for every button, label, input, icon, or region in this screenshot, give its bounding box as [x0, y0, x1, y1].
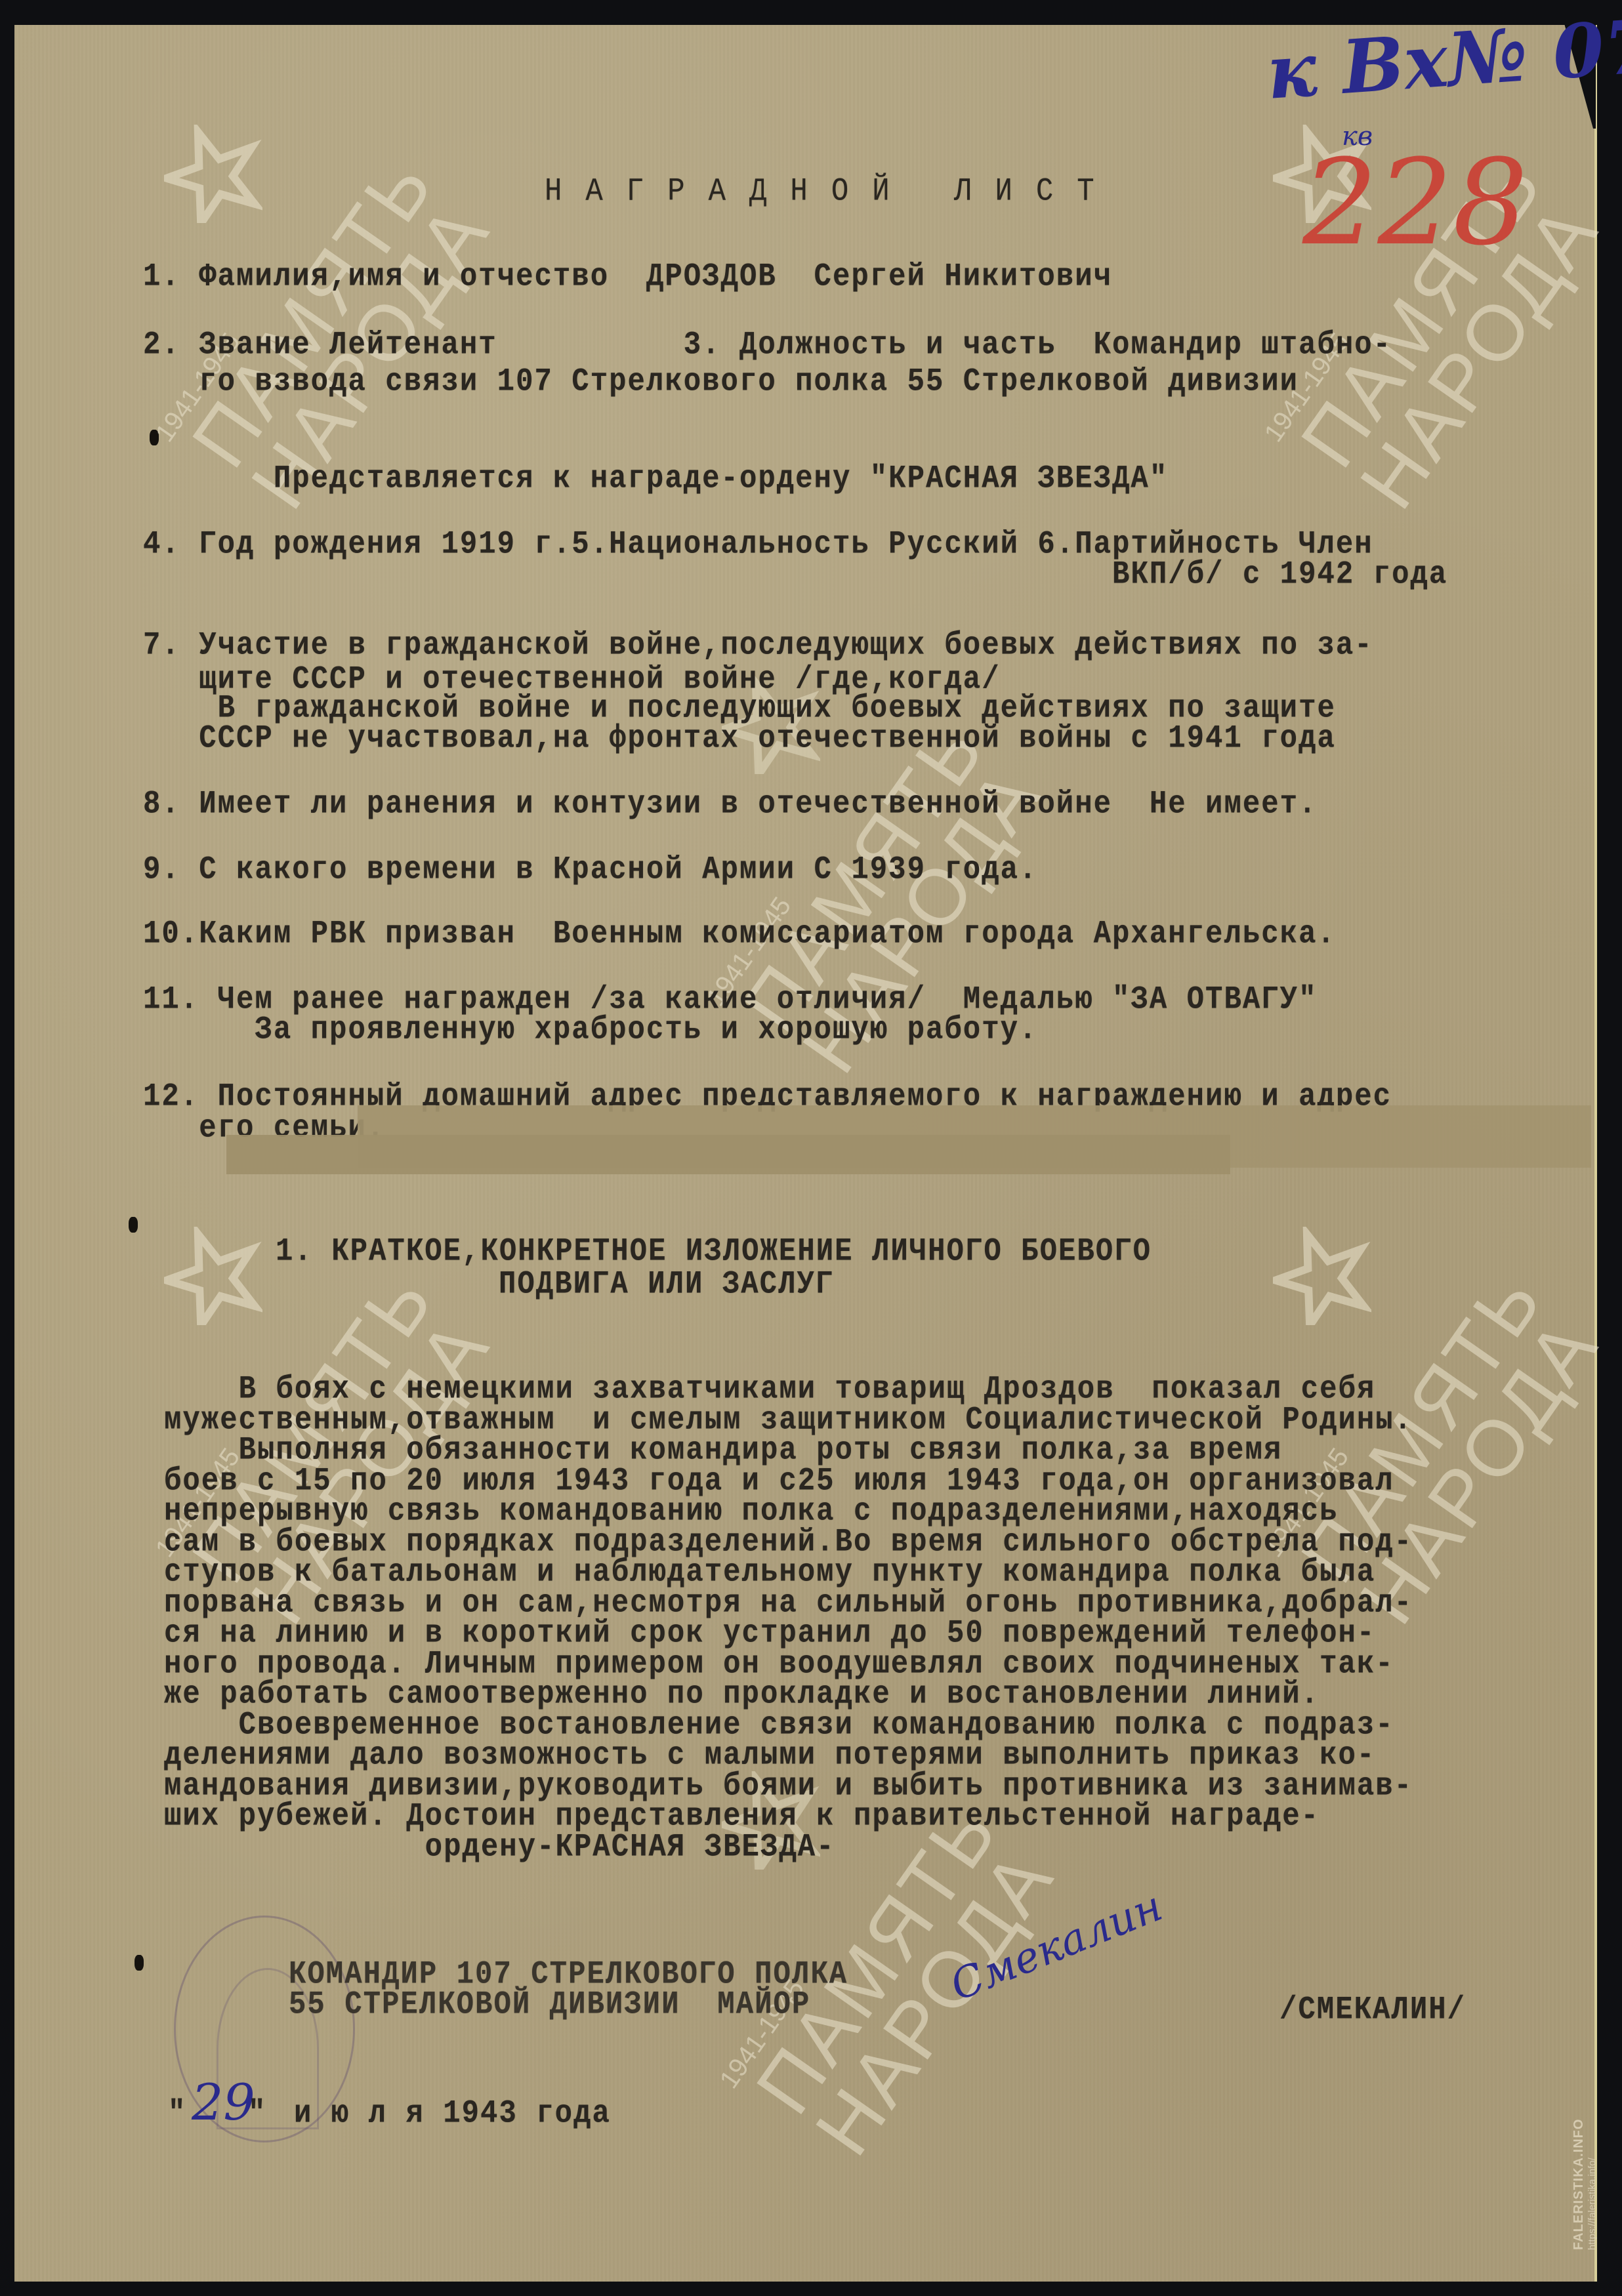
- section-heading-cont: ПОДВИГА ИЛИ ЗАСЛУГ: [499, 1265, 834, 1304]
- binding-hole: [135, 1955, 144, 1971]
- binding-hole: [129, 1217, 138, 1233]
- date-quote-close: ": [248, 2094, 266, 2133]
- field-previous-awards-reason: За проявленную храбрость и хорошую работ…: [143, 1010, 1037, 1050]
- signatory-name: /СМЕКАЛИН/: [1279, 1990, 1466, 2030]
- date-quote-open: ": [168, 2094, 186, 2133]
- binding-hole: [150, 430, 159, 445]
- signatory-title-cont: 55 СТРЕЛКОВОЙ ДИВИЗИИ МАЙОР: [289, 1985, 810, 2024]
- award-nomination: Представляется к награде-ордену "КРАСНАЯ…: [143, 459, 1168, 499]
- handwritten-date-day: 29: [192, 2073, 255, 2131]
- redacted-address: [226, 1135, 1230, 1174]
- field-name: 1. Фамилия,имя и отчество ДРОЗДОВ Сергей…: [143, 257, 1112, 297]
- field-wounds: 8. Имеет ли ранения и контузии в отечест…: [143, 785, 1317, 824]
- field-party-cont: ВКП/б/ с 1942 года: [143, 555, 1447, 594]
- field-rank-position: 2. Звание Лейтенант 3. Должность и часть…: [143, 325, 1392, 365]
- document-title: НАГРАДНОЙ ЛИСТ: [545, 172, 1118, 211]
- field-service-since: 9. С какого времени в Красной Армии С 19…: [143, 850, 1037, 890]
- faleristika-watermark: FALERISTIKA.INFO https://faleristika.inf…: [1571, 2119, 1598, 2250]
- narrative-line: ордену-КРАСНАЯ ЗВЕЗДА-: [164, 1828, 835, 1867]
- date-month-year: и ю л я 1943 года: [294, 2094, 611, 2133]
- field-draft-office: 10.Каким РВК призван Военным комиссариат…: [143, 914, 1336, 954]
- field-war-participation-answer-cont: СССР не участвовал,на фронтах отечествен…: [143, 719, 1336, 758]
- field-position-cont: го взвода связи 107 Стрелкового полка 55…: [143, 362, 1299, 401]
- handwritten-red-number: 228: [1302, 134, 1528, 272]
